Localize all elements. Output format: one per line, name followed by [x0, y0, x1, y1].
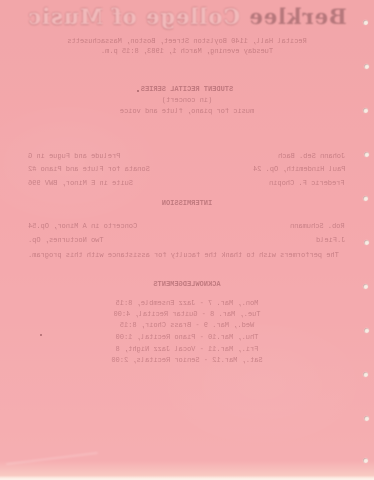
masthead-brand-bold: Berklee: [248, 4, 346, 29]
scanned-page: Berklee College of Music Recital Hall, 1…: [0, 0, 374, 480]
calendar-line: Mon., Mar. 7 - Jazz Ensemble, 8:15: [0, 300, 374, 309]
paper-speck: [137, 90, 139, 92]
binder-hole: [363, 20, 368, 25]
program-item-title: Prelude and Fugue in G: [28, 153, 120, 162]
binder-hole: [364, 152, 369, 157]
program-item-title: Sonata for Flute and Piano #2: [28, 166, 150, 175]
binder-hole: [364, 64, 369, 69]
paper-crease: [6, 452, 97, 464]
program-item-composer: Rob. Schumann: [290, 223, 345, 232]
binder-hole: [364, 240, 369, 245]
program-item-title: Suite in E Minor, BWV 996: [28, 180, 133, 189]
masthead-showthrough: Berklee College of Music: [0, 4, 374, 29]
masthead-brand-outline: College of Music: [27, 4, 248, 29]
binder-hole: [364, 328, 369, 333]
binder-hole: [363, 458, 368, 463]
calendar-line: Wed., Mar. 9 - Brass Choir, 8:15: [0, 322, 374, 331]
binder-hole: [363, 108, 368, 113]
recital-title-showthrough: STUDENT RECITAL SERIES: [0, 86, 374, 95]
venue-line-showthrough: Recital Hall, 1140 Boylston Street, Bost…: [0, 38, 374, 47]
calendar-line: Tue., Mar. 8 - Guitar Recital, 4:00: [0, 311, 374, 320]
program-item-title: Concerto in A Minor, Op.54: [28, 223, 137, 232]
program-item-composer: Johann Seb. Bach: [278, 153, 345, 162]
page-bottom-edge: [0, 476, 374, 480]
calendar-line: Fri., Mar.11 - Vocal Jazz Night, 8: [0, 346, 374, 355]
binder-hole: [363, 284, 368, 289]
program-item-composer: J.Field: [316, 237, 345, 246]
recital-subtitle-showthrough: (in concert): [0, 97, 374, 106]
program-item-composer: Paul Hindemith, Op. 24: [253, 166, 345, 175]
binder-hole: [363, 372, 368, 377]
program-item-title: Two Nocturnes, Op.: [28, 237, 104, 246]
binder-hole: [363, 196, 368, 201]
recital-byline-showthrough: music for piano, flute and voice: [0, 108, 374, 117]
calendar-line: Sat., Mar.12 - Senior Recitals, 2:00: [0, 357, 374, 366]
calendar-line: Thu., Mar.10 - Piano Recital, 1:00: [0, 334, 374, 343]
date-line-showthrough: Tuesday evening, March 1, 1983, 8:15 p.m…: [0, 48, 374, 57]
program-note-showthrough: The performers wish to thank the faculty…: [28, 252, 339, 261]
program-item-composer: Frederic F. Chopin: [269, 180, 345, 189]
calendar-heading-showthrough: ACKNOWLEDGEMENTS: [0, 281, 374, 290]
binder-hole: [364, 416, 369, 421]
intermission-label-showthrough: INTERMISSION: [0, 200, 374, 209]
paper-speck: [40, 334, 42, 336]
